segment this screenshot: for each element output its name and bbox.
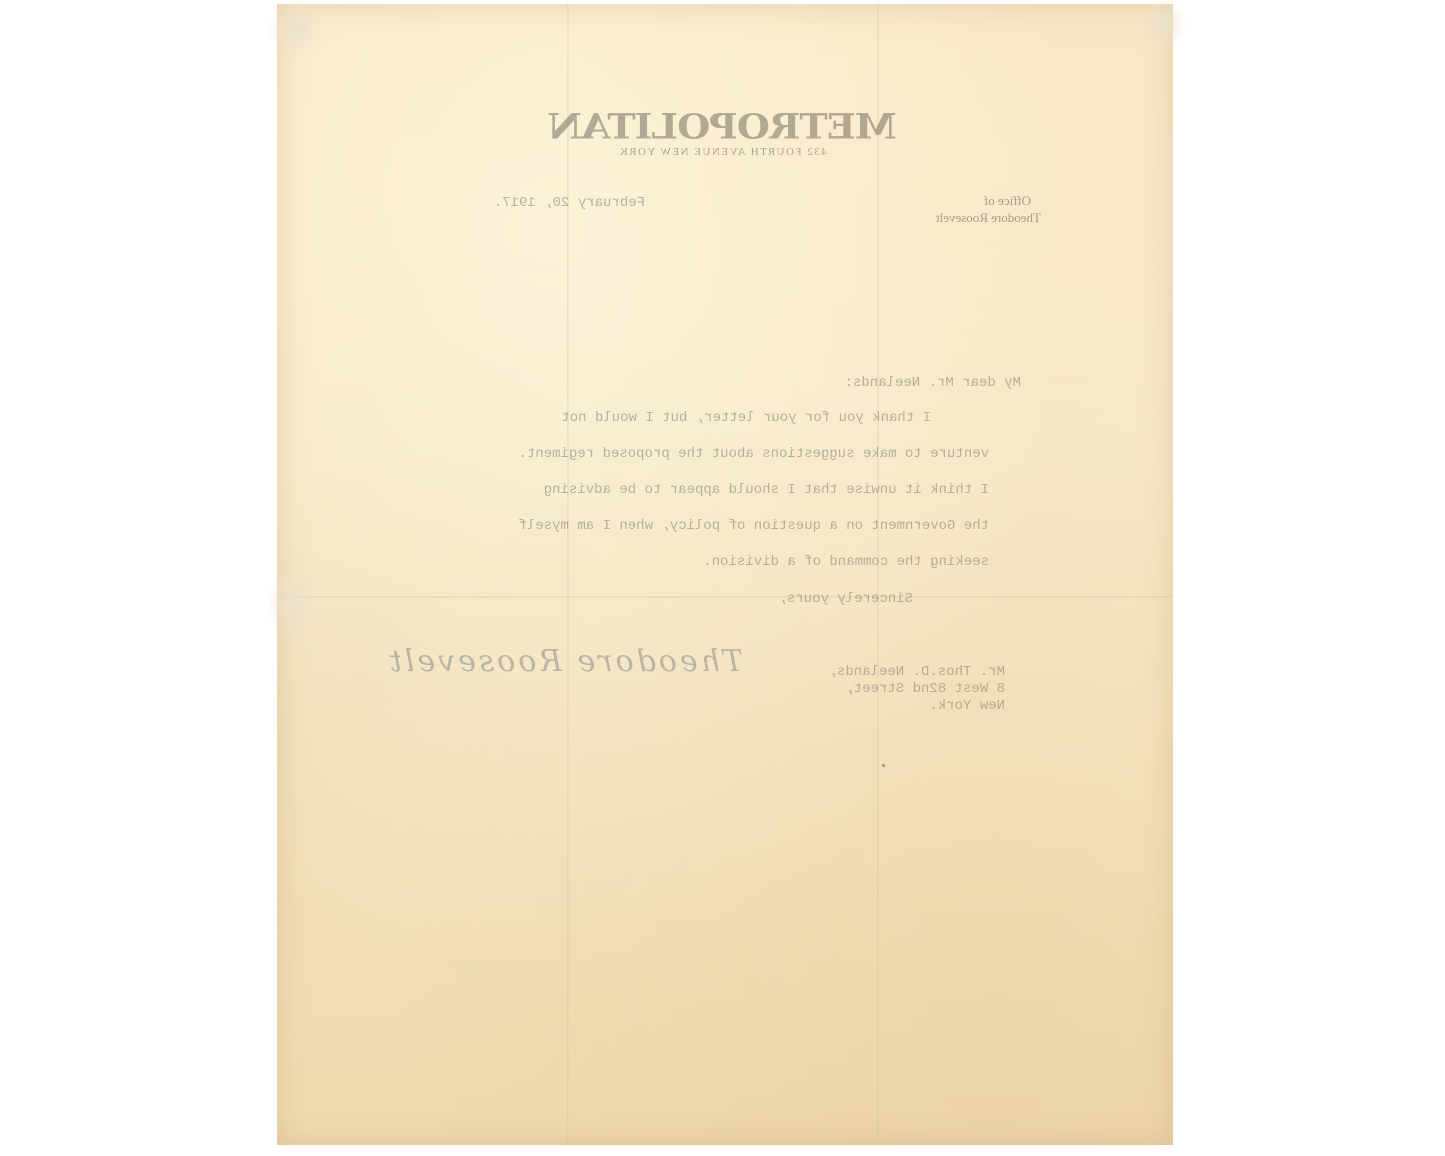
body-line: I thank you for your letter, but I would… (561, 410, 931, 426)
body-line: I think it unwise that I should appear t… (544, 482, 989, 498)
office-line-1: Office of (936, 192, 1041, 209)
recipient-line: 8 West 82nd Street, (845, 681, 1005, 697)
office-of-block: Office of Theodore Roosevelt (936, 192, 1041, 226)
mirrored-letter-content: METROPOLITAN 432 FOURTH AVENUE NEW YORK … (277, 4, 1173, 1145)
closing: Sincerely yours, (779, 591, 913, 607)
recipient-line: Mr. Thos.D. Neelands, (829, 664, 1005, 680)
salutation: My dear Mr. Neelands: (845, 375, 1021, 391)
recipient-line: New York. (929, 698, 1005, 714)
handwritten-signature: Theodore Roosevelt (387, 644, 743, 679)
body-line: seeking the command of a division. (703, 554, 989, 570)
letter-date: February 20, 1917. (494, 195, 645, 211)
letterhead-name: METROPOLITAN (277, 106, 1173, 147)
body-line: the Government on a question of policy, … (519, 518, 989, 534)
body-line: venture to make suggestions about the pr… (519, 446, 989, 462)
letterhead-address: 432 FOURTH AVENUE NEW YORK (277, 146, 1173, 158)
office-line-2: Theodore Roosevelt (936, 209, 1041, 226)
letter-paper: METROPOLITAN 432 FOURTH AVENUE NEW YORK … (277, 4, 1173, 1145)
ink-speck (882, 764, 885, 767)
